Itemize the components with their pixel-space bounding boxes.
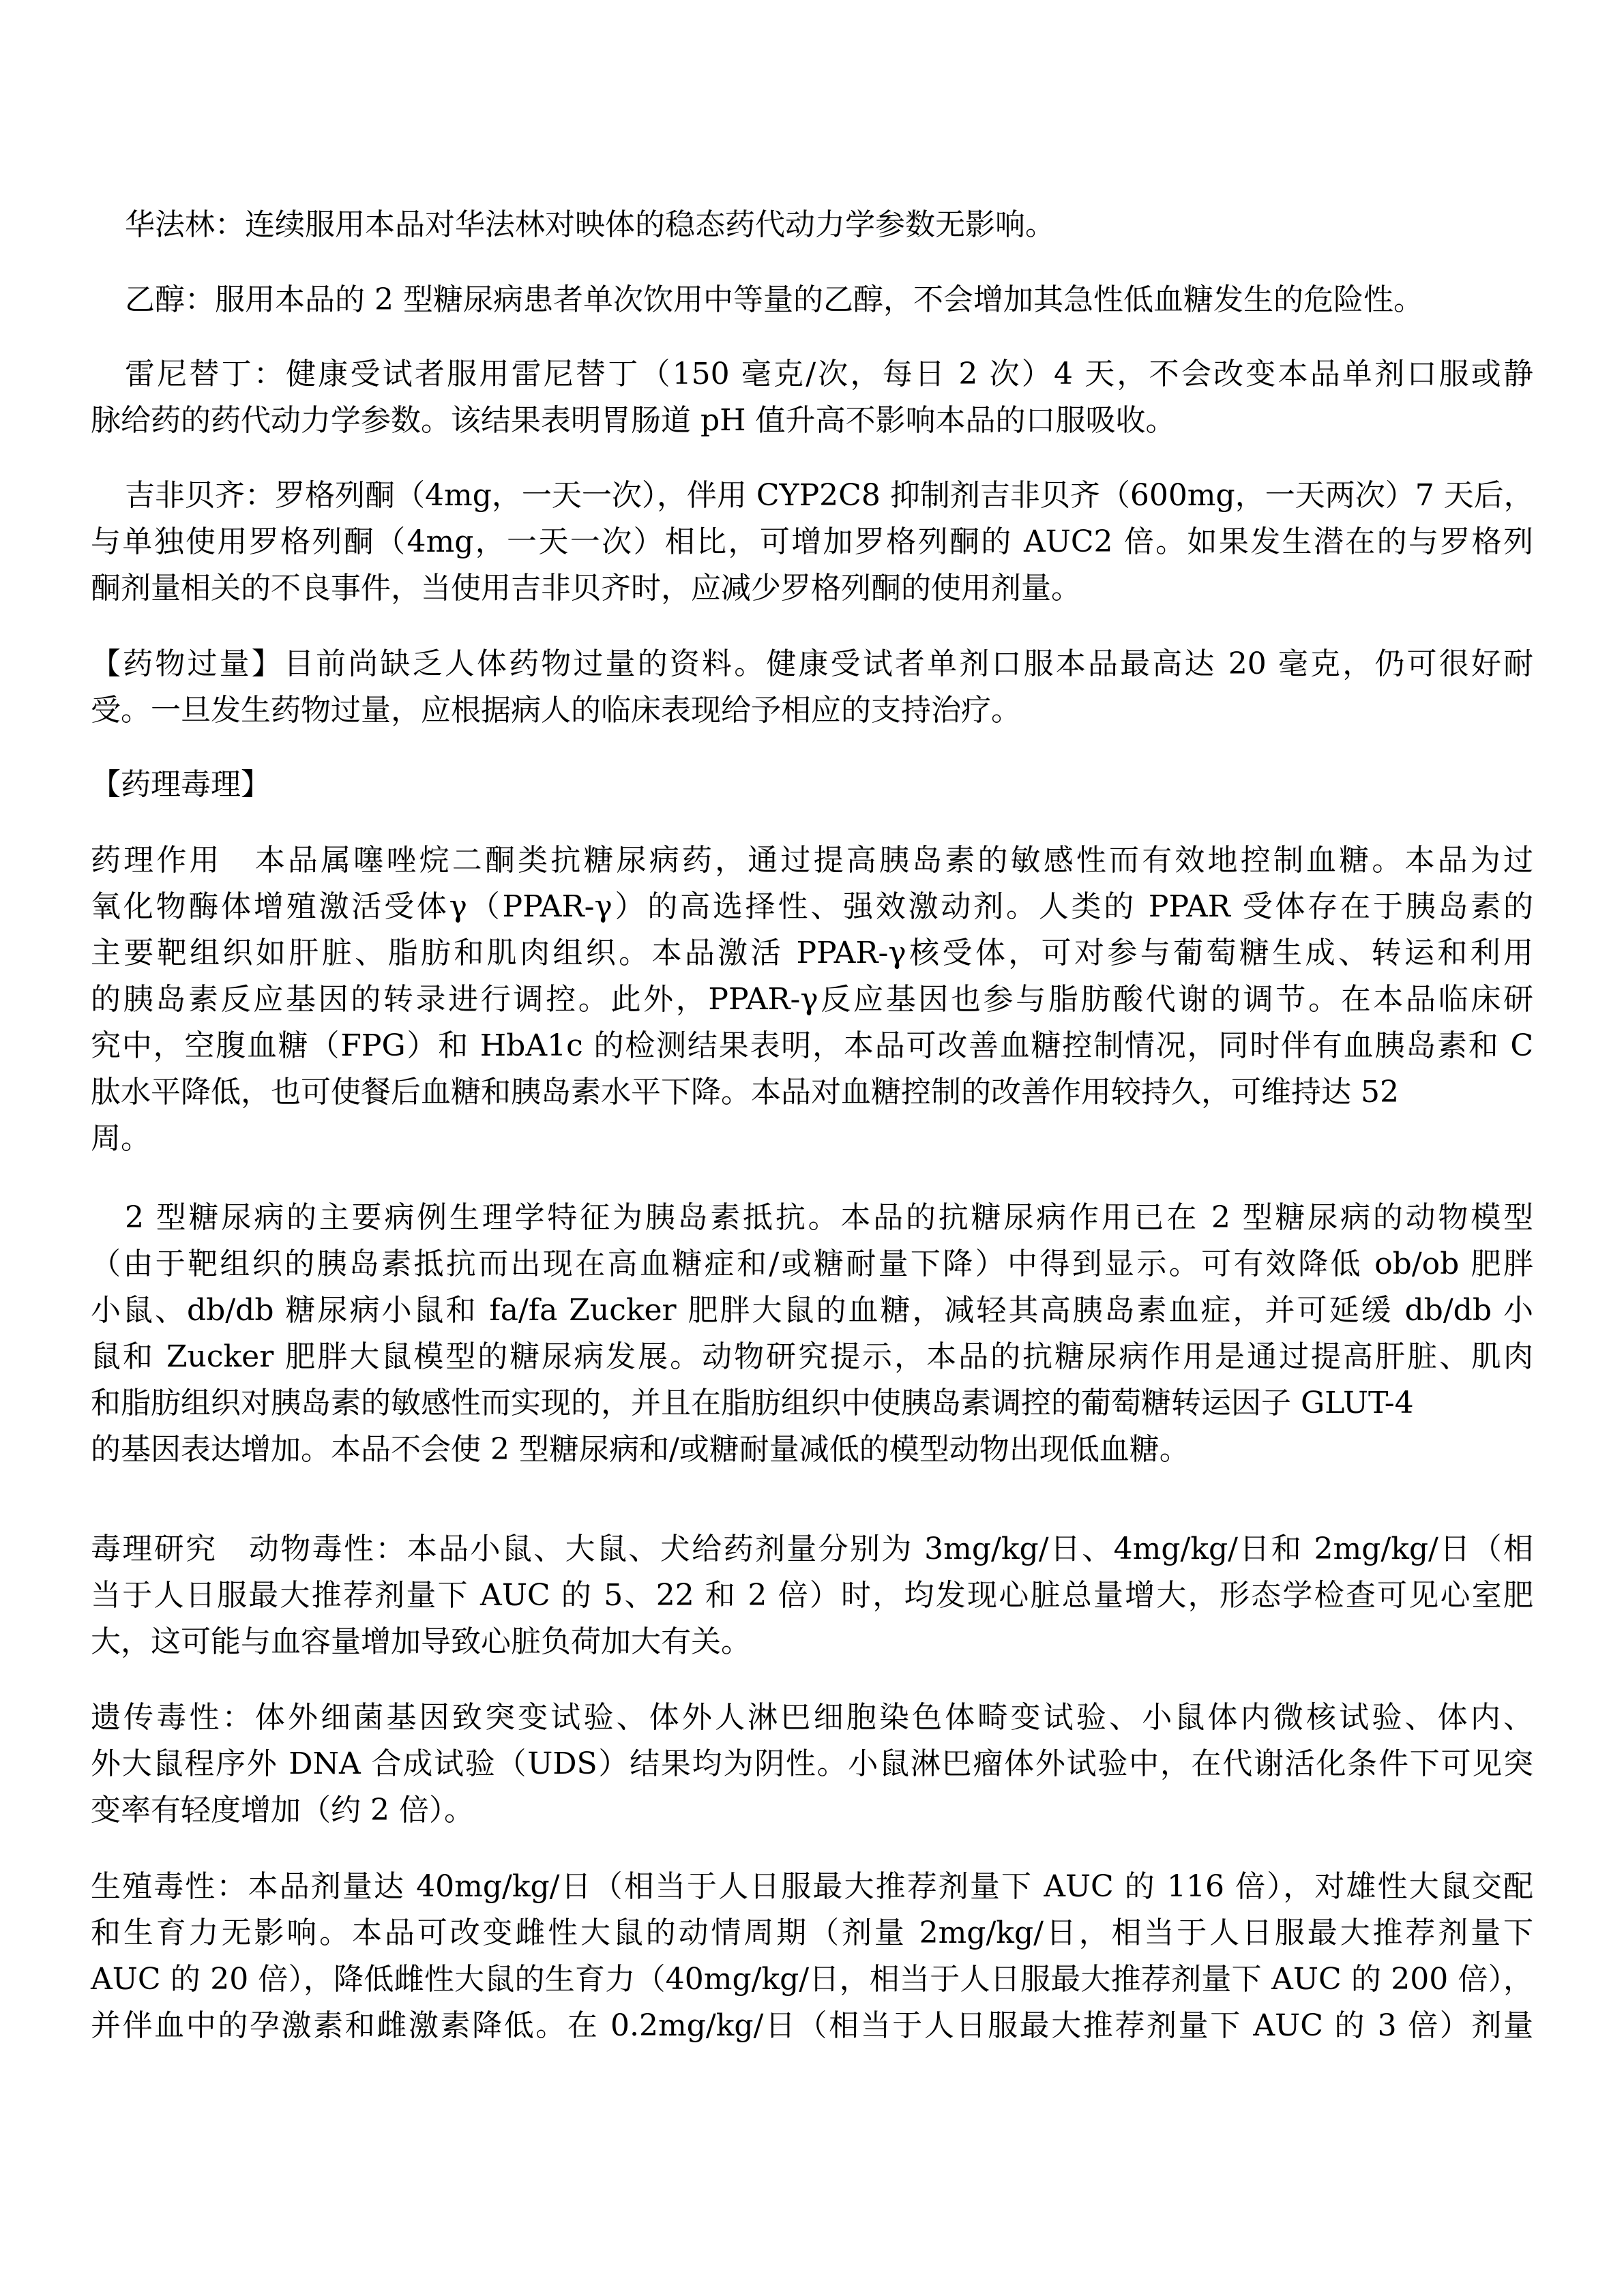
paragraph-genotoxicity: 遗传毒性：体外细菌基因致突变试验、体外人淋巴细胞染色体畸变试验、小鼠体内微核试验…	[91, 1695, 1533, 1834]
text-line: 药理作用 本品属噻唑烷二酮类抗糖尿病药，通过提高胰岛素的敏感性而有效地控制血糖。…	[91, 837, 1533, 884]
text-line: 脉给药的药代动力学参数。该结果表明胃肠道 pH 值升高不影响本品的口服吸收。	[91, 398, 1533, 444]
text-line: 受。一旦发生药物过量，应根据病人的临床表现给予相应的支持治疗。	[91, 687, 1533, 734]
text-line: 酮剂量相关的不良事件，当使用吉非贝齐时，应减少罗格列酮的使用剂量。	[91, 565, 1533, 612]
paragraph-gemfibrozil: 吉非贝齐：罗格列酮（4mg，一天一次），伴用 CYP2C8 抑制剂吉非贝齐（60…	[91, 473, 1533, 612]
text-line: 大，这可能与血容量增加导致心脏负荷加大有关。	[91, 1619, 1533, 1665]
section-heading: 【药理毒理】	[91, 762, 1533, 808]
paragraph-toxicology: 毒理研究 动物毒性：本品小鼠、大鼠、犬给药剂量分别为 3mg/kg/日、4mg/…	[91, 1526, 1533, 1665]
text-line: 的胰岛素反应基因的转录进行调控。此外，PPAR-γ反应基因也参与脂肪酸代谢的调节…	[91, 976, 1533, 1023]
text-line: 华法林：连续服用本品对华法林对映体的稳态药代动力学参数无影响。	[125, 202, 1567, 248]
text-line: 肽水平降低，也可使餐后血糖和胰岛素水平下降。本品对血糖控制的改善作用较持久，可维…	[91, 1069, 1533, 1116]
text-line: 氧化物酶体增殖激活受体γ（PPAR-γ）的高选择性、强效激动剂。人类的 PPAR…	[91, 884, 1533, 930]
text-line: 小鼠、db/db 糖尿病小鼠和 fa/fa Zucker 肥胖大鼠的血糖，减轻其…	[91, 1287, 1533, 1334]
text-line: 和生育力无影响。本品可改变雌性大鼠的动情周期（剂量 2mg/kg/日，相当于人日…	[91, 1910, 1533, 1956]
paragraph-pharmacology: 药理作用 本品属噻唑烷二酮类抗糖尿病药，通过提高胰岛素的敏感性而有效地控制血糖。…	[91, 837, 1533, 1162]
text-line: 与单独使用罗格列酮（4mg，一天一次）相比，可增加罗格列酮的 AUC2 倍。如果…	[91, 519, 1533, 565]
text-line: 并伴血中的孕激素和雌激素降低。在 0.2mg/kg/日（相当于人日服最大推荐剂量…	[91, 2003, 1533, 2049]
section-heading-pharmacology-toxicology: 【药理毒理】	[91, 762, 1533, 808]
text-line: 雷尼替丁：健康受试者服用雷尼替丁（150 毫克/次，每日 2 次）4 天，不会改…	[91, 351, 1533, 398]
text-line: 当于人日服最大推荐剂量下 AUC 的 5、22 和 2 倍）时，均发现心脏总量增…	[91, 1572, 1533, 1619]
text-line: 究中，空腹血糖（FPG）和 HbA1c 的检测结果表明，本品可改善血糖控制情况，…	[91, 1023, 1533, 1069]
paragraph-warfarin: 华法林：连续服用本品对华法林对映体的稳态药代动力学参数无影响。	[91, 202, 1567, 248]
paragraph-ranitidine: 雷尼替丁：健康受试者服用雷尼替丁（150 毫克/次，每日 2 次）4 天，不会改…	[91, 351, 1533, 444]
paragraph-type2-diabetes: 2 型糖尿病的主要病例生理学特征为胰岛素抵抗。本品的抗糖尿病作用已在 2 型糖尿…	[91, 1195, 1533, 1473]
text-line: 2 型糖尿病的主要病例生理学特征为胰岛素抵抗。本品的抗糖尿病作用已在 2 型糖尿…	[91, 1195, 1533, 1241]
paragraph-reproductive-toxicity: 生殖毒性：本品剂量达 40mg/kg/日（相当于人日服最大推荐剂量下 AUC 的…	[91, 1864, 1533, 2049]
text-line: 外大鼠程序外 DNA 合成试验（UDS）结果均为阴性。小鼠淋巴瘤体外试验中，在代…	[91, 1741, 1533, 1787]
paragraph-ethanol: 乙醇：服用本品的 2 型糖尿病患者单次饮用中等量的乙醇，不会增加其急性低血糖发生…	[91, 277, 1567, 323]
text-line: AUC 的 20 倍），降低雌性大鼠的生育力（40mg/kg/日，相当于人日服最…	[91, 1956, 1533, 2003]
section-overdose: 【药物过量】目前尚缺乏人体药物过量的资料。健康受试者单剂口服本品最高达 20 毫…	[91, 641, 1533, 734]
text-line: 周。	[91, 1116, 1533, 1162]
text-line: 遗传毒性：体外细菌基因致突变试验、体外人淋巴细胞染色体畸变试验、小鼠体内微核试验…	[91, 1695, 1533, 1741]
text-line: 乙醇：服用本品的 2 型糖尿病患者单次饮用中等量的乙醇，不会增加其急性低血糖发生…	[125, 277, 1567, 323]
text-line: 的基因表达增加。本品不会使 2 型糖尿病和/或糖耐量减低的模型动物出现低血糖。	[91, 1427, 1533, 1473]
text-line: 变率有轻度增加（约 2 倍）。	[91, 1787, 1533, 1834]
text-line: 【药物过量】目前尚缺乏人体药物过量的资料。健康受试者单剂口服本品最高达 20 毫…	[91, 641, 1533, 687]
text-line: 和脂肪组织对胰岛素的敏感性而实现的，并且在脂肪组织中使胰岛素调控的葡萄糖转运因子…	[91, 1380, 1533, 1427]
text-line: 毒理研究 动物毒性：本品小鼠、大鼠、犬给药剂量分别为 3mg/kg/日、4mg/…	[91, 1526, 1533, 1572]
text-line: 主要靶组织如肝脏、脂肪和肌肉组织。本品激活 PPAR-γ核受体，可对参与葡萄糖生…	[91, 930, 1533, 976]
text-line: 吉非贝齐：罗格列酮（4mg，一天一次），伴用 CYP2C8 抑制剂吉非贝齐（60…	[91, 473, 1533, 519]
text-line: 生殖毒性：本品剂量达 40mg/kg/日（相当于人日服最大推荐剂量下 AUC 的…	[91, 1864, 1533, 1910]
text-line: （由于靶组织的胰岛素抵抗而出现在高血糖症和/或糖耐量下降）中得到显示。可有效降低…	[91, 1241, 1533, 1287]
text-line: 鼠和 Zucker 肥胖大鼠模型的糖尿病发展。动物研究提示，本品的抗糖尿病作用是…	[91, 1334, 1533, 1380]
